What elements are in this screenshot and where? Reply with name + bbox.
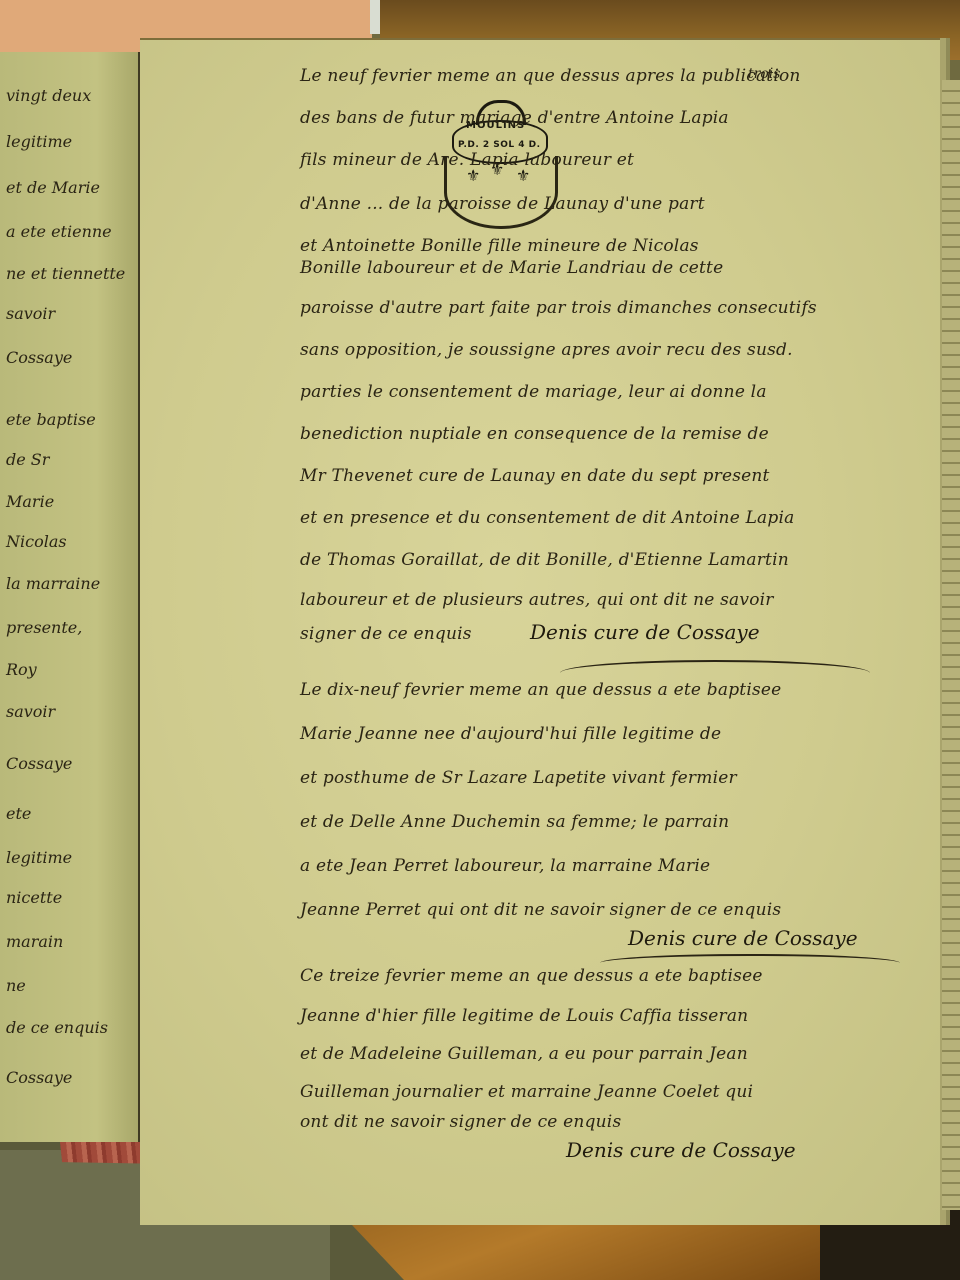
- entry-line: Le neuf fevrier meme an que dessus apres…: [300, 66, 801, 86]
- left-fragment: Marie: [6, 492, 54, 511]
- entry-line: sans opposition, je soussigne apres avoi…: [300, 340, 793, 360]
- entry-line: paroisse d'autre part faite par trois di…: [300, 298, 817, 318]
- entry-line: Marie Jeanne nee d'aujourd'hui fille leg…: [300, 724, 721, 744]
- entry-line: Bonille laboureur et de Marie Landriau d…: [300, 258, 723, 278]
- left-fragment: Cossaye: [6, 1068, 72, 1087]
- left-fragment: de ce enquis: [6, 1018, 108, 1037]
- left-fragment: vingt deux: [6, 86, 91, 105]
- left-fragment: savoir: [6, 304, 55, 323]
- entry-line: Ce treize fevrier meme an que dessus a e…: [300, 966, 763, 986]
- entry-line: Guilleman journalier et marraine Jeanne …: [300, 1082, 753, 1102]
- entry-line: et posthume de Sr Lazare Lapetite vivant…: [300, 768, 737, 788]
- entry-line: Jeanne Perret qui ont dit ne savoir sign…: [300, 900, 781, 920]
- entry-line: et de Delle Anne Duchemin sa femme; le p…: [300, 812, 729, 832]
- entry-line: Jeanne d'hier fille legitime de Louis Ca…: [300, 1006, 748, 1026]
- entry-line: de Thomas Goraillat, de dit Bonille, d'E…: [300, 550, 789, 570]
- priest-signature: Denis cure de Cossaye: [530, 620, 760, 644]
- entry-line: ont dit ne savoir signer de ce enquis: [300, 1112, 621, 1132]
- left-fragment: ne: [6, 976, 26, 995]
- stamp-value: P.D. 2 SOL 4 D.: [458, 140, 541, 150]
- left-fragment: la marraine: [6, 574, 100, 593]
- entry-line: Mr Thevenet cure de Launay en date du se…: [300, 466, 770, 486]
- entry-line: et de Madeleine Guilleman, a eu pour par…: [300, 1044, 748, 1064]
- left-fragment: presente,: [6, 618, 82, 637]
- left-fragment: Nicolas: [6, 532, 67, 551]
- entry-line: et en presence et du consentement de dit…: [300, 508, 794, 528]
- entry-line: laboureur et de plusieurs autres, qui on…: [300, 590, 774, 610]
- left-fragment: Cossaye: [6, 754, 72, 773]
- left-fragment: marain: [6, 932, 63, 951]
- left-fragment: savoir: [6, 702, 55, 721]
- entry-line: et Antoinette Bonille fille mineure de N…: [300, 236, 699, 256]
- left-fragment: legitime: [6, 848, 72, 867]
- priest-signature: Denis cure de Cossaye: [628, 926, 858, 950]
- entry-line: des bans de futur mariage d'entre Antoin…: [300, 108, 729, 128]
- entry-line: fils mineur de Are. Lapia laboureur et: [300, 150, 634, 170]
- left-fragment: Roy: [6, 660, 37, 679]
- left-page: vingt deux legitime et de Marie a ete et…: [0, 52, 140, 1142]
- background-object: [370, 0, 380, 34]
- entry-line: parties le consentement de mariage, leur…: [300, 382, 767, 402]
- left-fragment: ne et tiennette: [6, 264, 125, 283]
- entry-line: signer de ce enquis: [300, 624, 472, 644]
- entry-line: Le dix-neuf fevrier meme an que dessus a…: [300, 680, 781, 700]
- left-fragment: ete baptise: [6, 410, 96, 429]
- left-fragment: a ete etienne: [6, 222, 112, 241]
- left-fragment: legitime: [6, 132, 72, 151]
- left-fragment: ete: [6, 804, 31, 823]
- left-fragment: nicette: [6, 888, 62, 907]
- entry-line: benediction nuptiale en consequence de l…: [300, 424, 769, 444]
- photo-scene: vingt deux legitime et de Marie a ete et…: [0, 0, 960, 1280]
- left-fragment: et de Marie: [6, 178, 100, 197]
- left-fragment: Cossaye: [6, 348, 72, 367]
- priest-signature: Denis cure de Cossaye: [566, 1138, 796, 1162]
- entry-line: a ete Jean Perret laboureur, la marraine…: [300, 856, 710, 876]
- entry-line: d'Anne ... de la paroisse de Launay d'un…: [300, 194, 705, 214]
- left-fragment: de Sr: [6, 450, 49, 469]
